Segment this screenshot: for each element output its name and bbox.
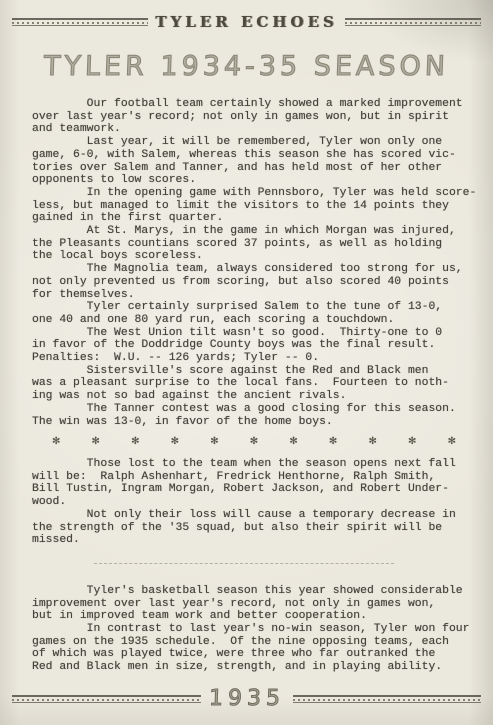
football-paragraph: The Tanner contest was a good closing fo… <box>32 403 467 428</box>
asterisk-divider: ✻ ✻ ✻ ✻ ✻ ✻ ✻ ✻ ✻ ✻ ✻ <box>32 436 467 449</box>
page-title: TYLER 1934-35 SEASON <box>0 51 493 82</box>
page-footer: 1935 <box>12 686 481 711</box>
football-paragraph: Last year, it will be remembered, Tyler … <box>32 136 467 187</box>
masthead: TYLER ECHOES <box>12 13 481 31</box>
football-paragraph: Tyler certainly surprised Salem to the t… <box>32 301 467 326</box>
graduates-paragraph: Those lost to the team when the season o… <box>32 458 467 509</box>
football-paragraph: The Magnolia team, always considered too… <box>32 263 467 301</box>
article-body: Our football team certainly showed a mar… <box>0 98 493 674</box>
football-paragraph: The West Union tilt wasn't so good. Thir… <box>32 327 467 365</box>
footer-rule-right <box>293 695 482 703</box>
football-paragraph: At St. Marys, in the game in which Morga… <box>32 225 467 263</box>
footer-rule-left <box>12 695 201 703</box>
basketball-paragraph: In contrast to last year's no-win season… <box>32 623 467 674</box>
masthead-rule-right <box>345 18 481 26</box>
football-paragraph: In the opening game with Pennsboro, Tyle… <box>32 187 467 225</box>
section-divider <box>94 563 394 564</box>
football-paragraph: Our football team certainly showed a mar… <box>32 98 467 136</box>
football-paragraph: Sistersville's score against the Red and… <box>32 365 467 403</box>
footer-year: 1935 <box>208 686 285 711</box>
masthead-title: TYLER ECHOES <box>155 13 337 31</box>
masthead-rule-left <box>12 18 148 26</box>
basketball-paragraph: Tyler's basketball season this year show… <box>32 585 467 623</box>
graduates-paragraph: Not only their loss will cause a tempora… <box>32 509 467 547</box>
yearbook-page: TYLER ECHOES TYLER 1934-35 SEASON Our fo… <box>0 0 493 725</box>
